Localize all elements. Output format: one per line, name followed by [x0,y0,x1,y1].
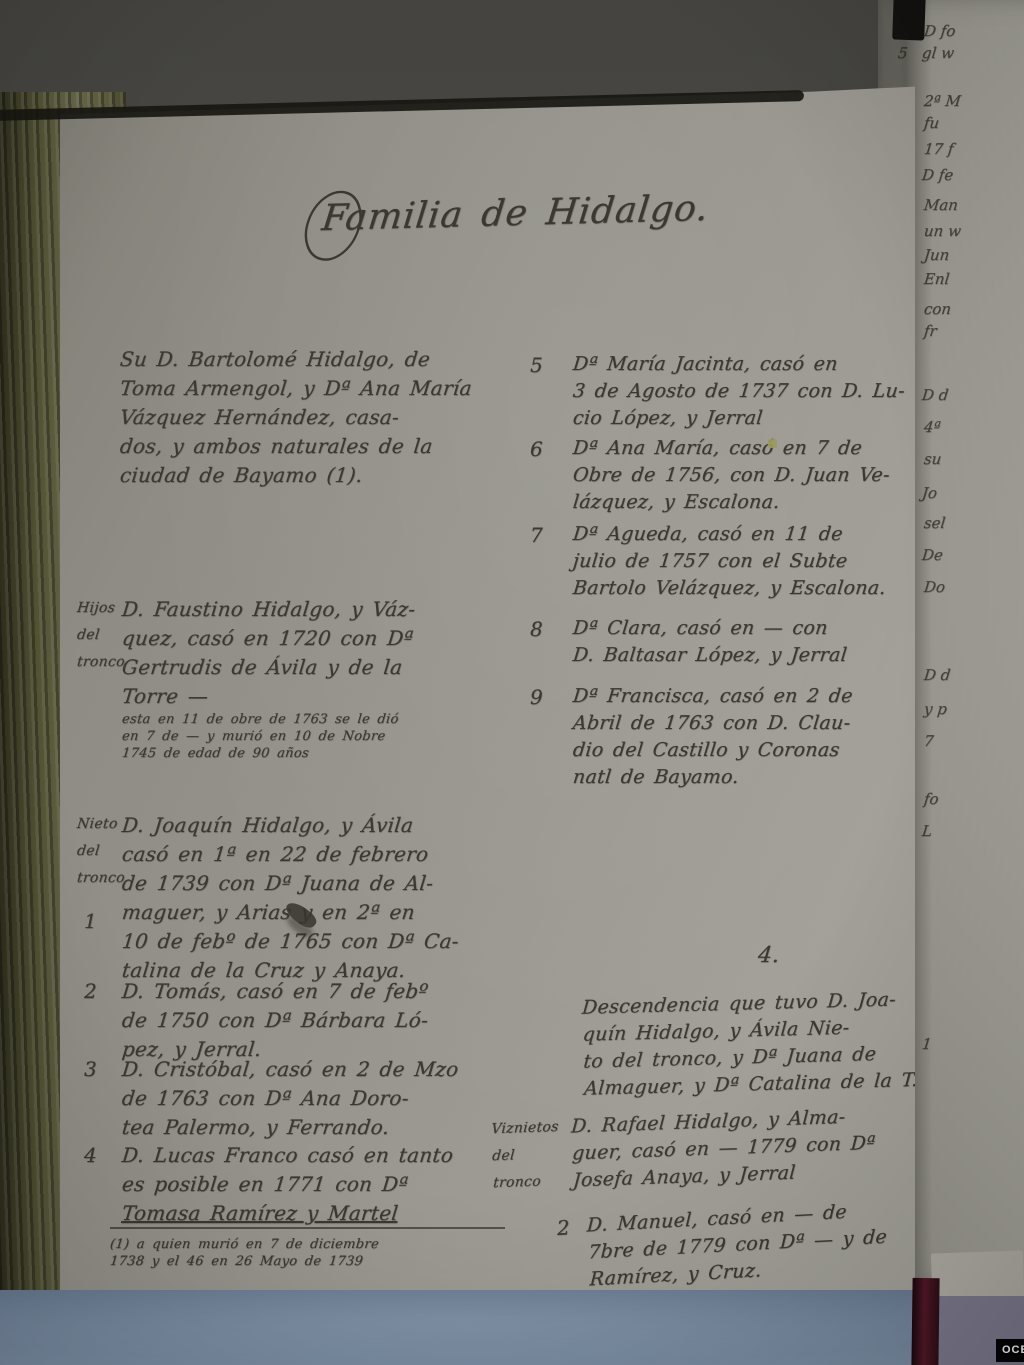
text-line: Obre de 1756, con D. Juan Ve- [572,462,935,489]
text-line: cio López, y Jerral [572,405,935,432]
entry-lines: D. Cristóbal, casó en 2 de Mzode 1763 co… [122,1055,532,1142]
text-line: quez, casó en 1720 con Dª [120,624,533,653]
text-line: Su D. Bartolomé Hidalgo, de [118,345,531,374]
table-surface [0,1290,1024,1365]
binding-gap [892,0,926,41]
text-line: (1) a quien murió en 7 de diciembre [109,1236,506,1253]
entry-number: 6 [530,437,543,461]
entry-clara: 8 Dª Clara, casó en — conD. Baltasar Lóp… [573,615,933,669]
entry-manuel: 2 D. Manuel, casó en — de7bre de 1779 co… [586,1194,950,1294]
entry-lines: D. Faustino Hidalgo, y Váz-quez, casó en… [122,595,532,762]
text-line: D. Faustino Hidalgo, y Váz- [120,595,533,624]
text-line: del [76,838,125,865]
entry-number: 5 [530,353,543,377]
text-line: Tomasa Ramírez y Martel [120,1199,533,1228]
text-line: del [491,1140,571,1170]
text-line: Dª Ana María, casó en 7 de [572,435,935,462]
text-line: 10 de febº de 1765 con Dª Ca- [120,927,533,956]
text-line: Dª Agueda, casó en 11 de [572,521,935,548]
entry-lines: Dª María Jacinta, casó en3 de Agosto de … [573,351,933,432]
text-line: de 1763 con Dª Ana Doro- [120,1084,533,1113]
entry-lines: Descendencia que tuvo D. Joa-quín Hidalg… [582,985,945,1102]
page-title-text: Familia de Hidalgo. [320,188,711,239]
text-line: D. Joaquín Hidalgo, y Ávila [120,811,533,840]
entry-lines: Su D. Bartolomé Hidalgo, deToma Armengol… [120,345,530,490]
text-line: D. Baltasar López, y Jerral [572,642,935,669]
text-line: tronco [76,649,125,676]
title-flourish [295,185,374,265]
ocb-logo: OCB [996,1339,1024,1362]
entry-lines: Dª Francisca, casó en 2 deAbril de 1763 … [573,683,933,791]
text-line: 3 de Agosto de 1737 con D. Lu- [572,378,935,405]
entry-francisca: 9 Dª Francisca, casó en 2 deAbril de 176… [573,683,933,791]
text-line: casó en 1ª en 22 de febrero [120,840,533,869]
entry-faustino: Hijosdeltronco D. Faustino Hidalgo, y Vá… [122,595,532,762]
text-line: Torre — [120,682,533,711]
entry-tomas: 2 D. Tomás, casó en 7 de febºde 1750 con… [122,977,532,1064]
text-line: Abril de 1763 con D. Clau- [572,710,935,737]
text-line: Dª Francisca, casó en 2 de [572,683,935,710]
text-line: de 1750 con Dª Bárbara Ló- [120,1006,533,1035]
entry-agueda: 7 Dª Agueda, casó en 11 dejulio de 1757 … [573,521,933,602]
text-line: 1745 de edad de 90 años [121,745,533,762]
entry-number: 9 [530,685,543,709]
entry-number: 2 [556,1215,570,1240]
entry-number: 3 [84,1057,97,1081]
text-line: Viznietos [490,1114,570,1144]
entry-footnote: (1) a quien murió en 7 de diciembre1738 … [110,1227,505,1270]
entry-maria-jacinta: 5 Dª María Jacinta, casó en3 de Agosto d… [573,351,933,432]
entry-rafael: Viznietosdeltronco D. Rafael Hidalgo, y … [571,1101,944,1195]
section-number: 4. [757,943,781,968]
text-line: del [76,622,125,649]
text-line: es posible en 1771 con Dª [120,1170,533,1199]
entry-lines: (1) a quien murió en 7 de diciembre1738 … [110,1236,505,1270]
text-line: en 7 de — y murió en 10 de Nobre [121,728,533,745]
text-line: julio de 1757 con el Subte [572,548,935,575]
entry-ana-maria: 6 Dª Ana María, casó en 7 deObre de 1756… [573,435,933,516]
text-line: Dª María Jacinta, casó en [572,351,935,378]
text-line: ciudad de Bayamo (1). [118,461,531,490]
manuscript-photo: D fo5gl w2ª Mfu17 f5D feManun wJunEnlcon… [0,0,1024,1365]
text-line: tronco [492,1167,572,1197]
margin-label-viznietos: Viznietosdeltronco [491,1114,572,1198]
entry-lines: D. Joaquín Hidalgo, y Ávilacasó en 1ª en… [122,811,532,985]
text-line: Toma Armengol, y Dª Ana María [118,374,531,403]
manuscript-page: Familia de Hidalgo. Su D. Bartolomé Hida… [60,35,915,1293]
text-line: lázquez, y Escalona. [572,489,935,516]
text-line: D. Lucas Franco casó en tanto [120,1141,533,1170]
text-line: de 1739 con Dª Juana de Al- [120,869,533,898]
margin-label-nieto: Nietodeltronco [77,811,123,892]
entry-number: 4 [84,1143,97,1167]
text-line: tea Palermo, y Ferrando. [120,1113,533,1142]
entry-descendencia: Descendencia que tuvo D. Joa-quín Hidalg… [582,985,945,1102]
entry-lines: D. Rafael Hidalgo, y Alma-guer, casó en … [571,1101,944,1195]
entry-cristobal: 3 D. Cristóbal, casó en 2 de Mzode 1763 … [122,1055,532,1142]
text-line: Hijos [76,595,125,622]
text-line: Vázquez Hernández, casa- [118,403,531,432]
text-line: Gertrudis de Ávila y de la [120,653,533,682]
entry-lines: D. Manuel, casó en — de7bre de 1779 con … [586,1194,950,1294]
entry-lucas: 4 D. Lucas Franco casó en tantoes posibl… [122,1141,532,1228]
margin-label-hijos: Hijosdeltronco [77,595,123,676]
text-line: Bartolo Velázquez, y Escalona. [572,575,935,602]
text-line: D. Cristóbal, casó en 2 de Mzo [120,1055,533,1084]
text-line: Nieto [76,811,125,838]
text-line: dos, y ambos naturales de la [118,432,531,461]
text-line: esta en 11 de obre de 1763 se le dió [121,711,533,728]
entry-number: 7 [530,523,543,547]
text-line: dio del Castillo y Coronas [572,737,935,764]
entry-lines: Dª Ana María, casó en 7 deObre de 1756, … [573,435,933,516]
entry-number: 1 [84,909,97,933]
entry-lines: Dª Agueda, casó en 11 dejulio de 1757 co… [573,521,933,602]
text-line: tronco [76,865,125,892]
text-line: natl de Bayamo. [572,764,935,791]
entry-number: 2 [84,979,97,1003]
paper-fleck [768,439,777,448]
entry-lines: D. Lucas Franco casó en tantoes posible … [122,1141,532,1228]
text-line: maguer, y Arias y en 2ª en [120,898,533,927]
entry-joaquin: Nietodeltronco 1 D. Joaquín Hidalgo, y Á… [122,811,532,985]
entry-lines: Dª Clara, casó en — conD. Baltasar López… [573,615,933,669]
text-line: Dª Clara, casó en — con [572,615,935,642]
book-cover-edge [911,1278,939,1365]
entry-founders: Su D. Bartolomé Hidalgo, deToma Armengol… [120,345,530,490]
page-title: Familia de Hidalgo. [320,188,711,239]
text-line: D. Tomás, casó en 7 de febº [120,977,533,1006]
entry-lines: D. Tomás, casó en 7 de febºde 1750 con D… [122,977,532,1064]
text-line: 1738 y el 46 en 26 Mayo de 1739 [109,1253,506,1270]
entry-number: 8 [530,617,543,641]
